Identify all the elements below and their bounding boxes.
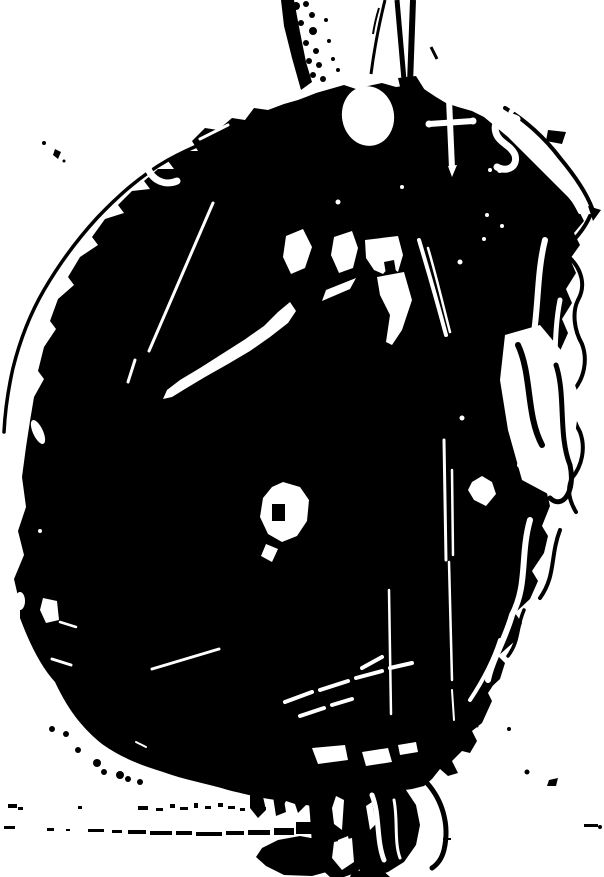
hole-notch bbox=[272, 504, 285, 521]
patch-drip bbox=[384, 260, 396, 274]
photograph-stage bbox=[0, 0, 604, 877]
stalk-line-2 bbox=[410, 0, 413, 84]
binarized-photograph bbox=[0, 0, 604, 877]
blade-notch bbox=[236, 328, 248, 340]
